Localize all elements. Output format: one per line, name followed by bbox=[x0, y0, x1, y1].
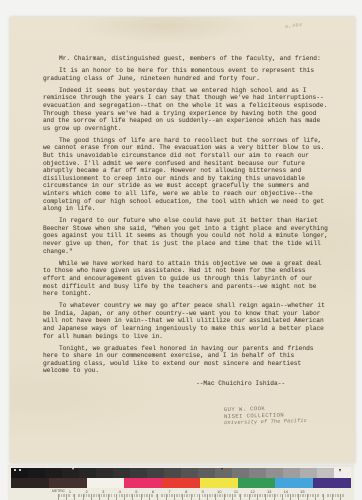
gray-patch bbox=[45, 468, 62, 478]
gray-patch bbox=[283, 468, 300, 478]
paragraph: To whatever country we may go after peac… bbox=[43, 302, 329, 340]
gray-patch bbox=[249, 468, 266, 478]
ruler-ticks bbox=[58, 494, 344, 500]
registration-mark bbox=[72, 468, 74, 470]
color-patch bbox=[124, 478, 162, 488]
paragraph: Indeed it seems but yesterday that we en… bbox=[43, 87, 329, 133]
calibration-bar: METRIC 123456789101112131415 bbox=[8, 466, 354, 500]
gray-patch bbox=[113, 468, 130, 478]
color-patch bbox=[200, 478, 238, 488]
ruler-number: 15 bbox=[300, 489, 304, 494]
speech-text: Mr. Chairman, distinguished guest, membe… bbox=[43, 55, 329, 387]
ruler-number: 3 bbox=[102, 489, 104, 494]
paragraph: The good things of life are hard to reco… bbox=[43, 137, 329, 213]
gray-patch bbox=[198, 468, 215, 478]
gray-patch bbox=[334, 468, 351, 478]
ruler-number: 14 bbox=[284, 489, 288, 494]
ruler-number: 11 bbox=[234, 489, 238, 494]
gray-patch bbox=[147, 468, 164, 478]
ruler-number: 10 bbox=[217, 489, 221, 494]
registration-mark bbox=[339, 469, 341, 472]
registration-mark bbox=[221, 468, 223, 470]
color-patch bbox=[275, 478, 313, 488]
ruler-number: 13 bbox=[267, 489, 271, 494]
stamp-line: University of The Pacific bbox=[224, 418, 307, 427]
pencil-annotation: a,404 bbox=[285, 22, 303, 30]
gray-patch bbox=[62, 468, 79, 478]
color-patch bbox=[313, 478, 351, 488]
color-patch bbox=[49, 478, 87, 488]
gray-patch bbox=[164, 468, 181, 478]
scan-background: a,404 Mr. Chairman, distinguished guest,… bbox=[0, 0, 362, 500]
salutation: Mr. Chairman, distinguished guest, membe… bbox=[43, 55, 329, 63]
color-patch bbox=[162, 478, 200, 488]
ruler-number: 7 bbox=[168, 489, 170, 494]
ruler-number: 9 bbox=[202, 489, 204, 494]
gray-patch bbox=[28, 468, 45, 478]
gray-patch bbox=[266, 468, 283, 478]
gray-patch bbox=[181, 468, 198, 478]
ruler-number: 5 bbox=[135, 489, 137, 494]
gray-patch bbox=[232, 468, 249, 478]
color-patch bbox=[11, 478, 49, 488]
registration-mark bbox=[14, 469, 16, 471]
paragraph: While we have worked hard to attain this… bbox=[43, 260, 329, 298]
color-patch bbox=[238, 478, 276, 488]
gray-patch bbox=[317, 468, 334, 478]
ruler-label: METRIC bbox=[52, 489, 65, 493]
ruler-number: 12 bbox=[250, 489, 254, 494]
paragraph: In regard to our future who else could h… bbox=[43, 217, 329, 255]
metric-ruler: METRIC 123456789101112131415 bbox=[8, 488, 354, 500]
gray-patch bbox=[300, 468, 317, 478]
document-page: a,404 Mr. Chairman, distinguished guest,… bbox=[10, 17, 355, 463]
ruler-number: 1 bbox=[69, 489, 71, 494]
paragraph: It is an honor to be here for this momen… bbox=[43, 67, 329, 82]
ruler-number: 4 bbox=[119, 489, 121, 494]
paragraph: Tonight, we graduates feel honored in ha… bbox=[43, 345, 329, 375]
ruler-number: 8 bbox=[185, 489, 187, 494]
ruler-number: 2 bbox=[85, 489, 87, 494]
ruler-number: 6 bbox=[152, 489, 154, 494]
gray-patch bbox=[130, 468, 147, 478]
grayscale-strip bbox=[11, 468, 351, 478]
registration-mark bbox=[19, 469, 21, 471]
gray-patch bbox=[215, 468, 232, 478]
signature-line: --Mac Chuichiro Ishida-- bbox=[196, 380, 329, 388]
collection-stamp: GUY W. COOK NISEI COLLECTION University … bbox=[224, 404, 307, 427]
gray-patch bbox=[96, 468, 113, 478]
color-patch bbox=[87, 478, 125, 488]
color-patch-strip bbox=[11, 478, 351, 488]
gray-patch bbox=[79, 468, 96, 478]
